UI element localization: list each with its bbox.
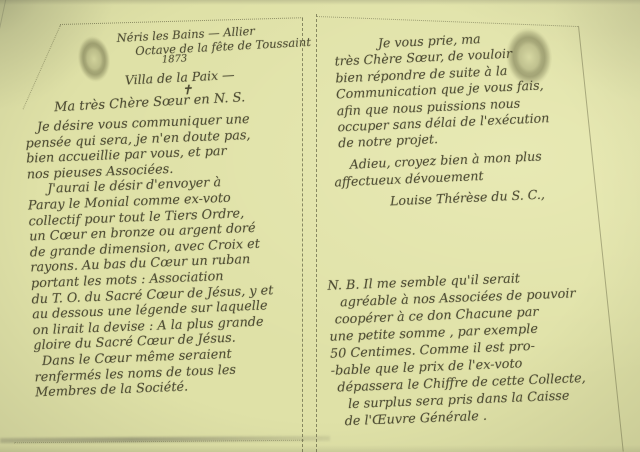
paper-crease bbox=[0, 0, 7, 123]
nota-bene: N. B. Il me semble qu'il serait agréable… bbox=[327, 266, 633, 430]
left-page-body: Je désire vous communiquer une pensée qu… bbox=[25, 110, 321, 401]
right-page-body: Je vous prie, ma très Chère Sœur, de vou… bbox=[334, 27, 589, 153]
right-page-top-border bbox=[317, 16, 578, 27]
embossed-seal-icon bbox=[75, 34, 113, 84]
scanned-letter-photo: Néris les Bains — Allier Octave de la fê… bbox=[0, 0, 640, 452]
closing: Adieu, croyez bien à mon plus affectueux… bbox=[333, 147, 584, 191]
left-page-left-border bbox=[23, 25, 61, 109]
signature: Louise Thérèse du S. C., bbox=[390, 187, 545, 209]
